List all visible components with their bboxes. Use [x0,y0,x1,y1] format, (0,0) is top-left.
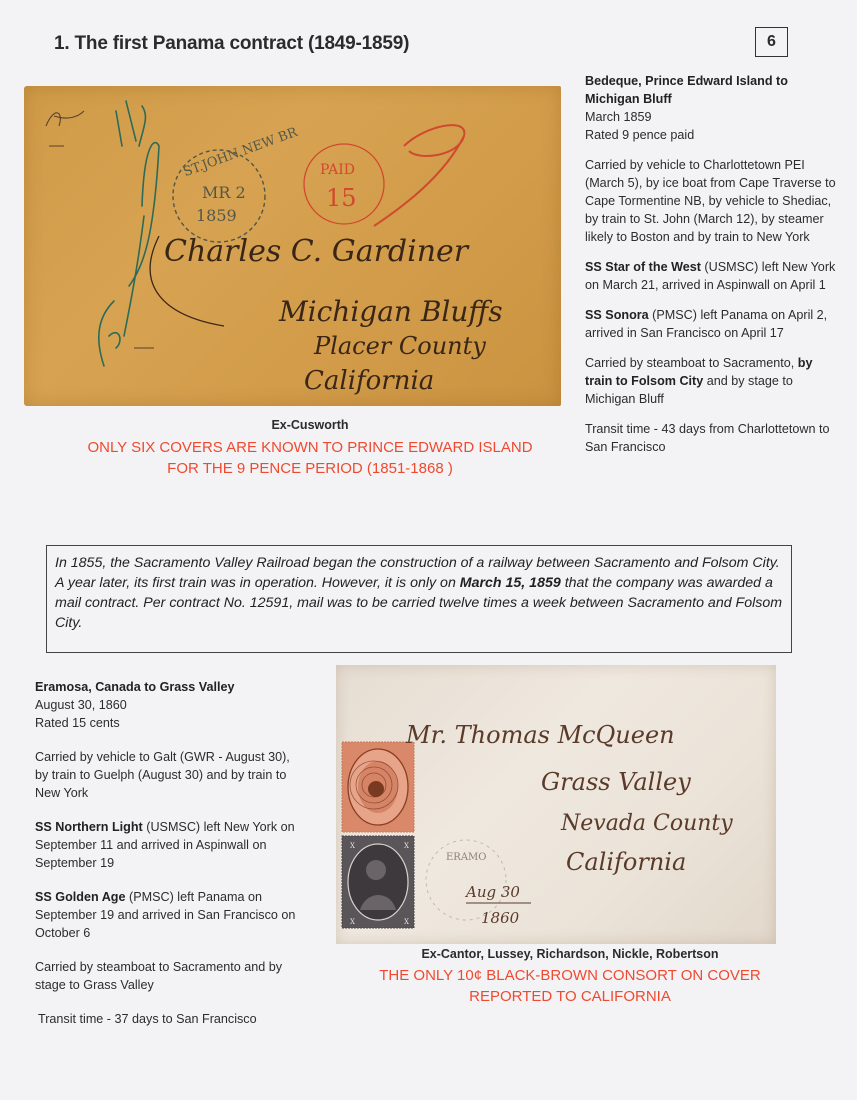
cover1-route: Carried by vehicle to Charlottetown PEI … [585,156,840,246]
cover2-highlight-line2: REPORTED TO CALIFORNIA [340,986,800,1007]
cover1-ship2-name: SS Sonora [585,308,649,322]
cover2-date: August 30, 1860 [35,698,127,712]
page-number-badge: 6 [755,27,788,57]
cover1-highlight-line2: FOR THE 9 PENCE PERIOD (1851-1868 ) [60,458,560,479]
cover2-rate: Rated 15 cents [35,716,120,730]
cover-image-eramosa: X X X X ERAMO Mr. Thomas McQueen Grass V… [336,665,776,944]
stamp-consort: X X X X [342,836,414,928]
cover2-highlight: THE ONLY 10¢ BLACK-BROWN CONSORT ON COVE… [340,965,800,1007]
svg-text:1859: 1859 [196,206,237,225]
svg-text:ST.JOHN NEW BR: ST.JOHN NEW BR [181,124,300,180]
envelope-illustration-2: X X X X ERAMO Mr. Thomas McQueen Grass V… [336,665,776,944]
cover1-heading: Bedeque, Prince Edward Island to Michiga… [585,74,788,106]
svg-text:X: X [404,918,409,926]
stamp-beaver [342,742,414,832]
cover1-ship1-name: SS Star of the West [585,260,701,274]
cover2-ship1: SS Northern Light (USMSC) left New York … [35,818,305,872]
cover2-ship1-name: SS Northern Light [35,820,143,834]
svg-text:Aug 30: Aug 30 [464,883,520,901]
envelope-illustration: ST.JOHN NEW BR MR 2 1859 PAID 15 Charles… [24,86,561,406]
note-date-bold: March 15, 1859 [460,575,561,591]
page-title: 1. The first Panama contract (1849-1859) [54,33,409,55]
cover2-route: Carried by vehicle to Galt (GWR - August… [35,748,305,802]
cover1-final-pre: Carried by steamboat to Sacramento, [585,356,798,370]
cover2-ship2-name: SS Golden Age [35,890,126,904]
svg-text:1860: 1860 [481,909,520,927]
svg-text:Nevada County: Nevada County [560,811,733,836]
cover1-final-leg: Carried by steamboat to Sacramento, by t… [585,354,840,408]
cover2-transit: Transit time - 37 days to San Francisco [35,1010,305,1028]
svg-text:Michigan Bluffs: Michigan Bluffs [278,295,503,328]
cover1-rate: Rated 9 pence paid [585,128,694,142]
cover2-provenance: Ex-Cantor, Lussey, Richardson, Nickle, R… [340,947,800,961]
cover1-highlight: ONLY SIX COVERS ARE KNOWN TO PRINCE EDWA… [60,437,560,479]
svg-text:ERAMO: ERAMO [446,852,487,863]
cover2-highlight-line1: THE ONLY 10¢ BLACK-BROWN CONSORT ON COVE… [340,965,800,986]
cover2-description: Eramosa, Canada to Grass Valley August 3… [35,678,305,1040]
cover2-ship2: SS Golden Age (PMSC) left Panama on Sept… [35,888,305,942]
cover1-highlight-line1: ONLY SIX COVERS ARE KNOWN TO PRINCE EDWA… [60,437,560,458]
svg-text:15: 15 [326,184,357,212]
cover1-transit: Transit time - 43 days from Charlottetow… [585,420,840,456]
cover1-ship1: SS Star of the West (USMSC) left New Yor… [585,258,840,294]
svg-text:MR 2: MR 2 [202,183,246,202]
svg-text:Charles C. Gardiner: Charles C. Gardiner [164,234,470,269]
cover2-heading: Eramosa, Canada to Grass Valley [35,680,235,694]
cover-image-bedeque: ST.JOHN NEW BR MR 2 1859 PAID 15 Charles… [24,86,561,406]
svg-text:California: California [304,366,434,396]
cover1-ship2: SS Sonora (PMSC) left Panama on April 2,… [585,306,840,342]
svg-text:California: California [566,848,686,876]
cover1-date: March 1859 [585,110,652,124]
cover1-provenance: Ex-Cusworth [60,418,560,432]
railroad-note-box: In 1855, the Sacramento Valley Railroad … [46,545,792,653]
svg-text:Mr. Thomas McQueen: Mr. Thomas McQueen [405,721,675,749]
svg-text:X: X [404,842,409,850]
cover2-final-leg: Carried by steamboat to Sacramento and b… [35,958,305,994]
svg-text:Placer County: Placer County [313,332,486,360]
cover1-description: Bedeque, Prince Edward Island to Michiga… [585,72,840,468]
svg-text:Grass Valley: Grass Valley [541,768,691,796]
svg-text:PAID: PAID [320,162,355,178]
svg-text:X: X [350,842,355,850]
svg-text:X: X [350,918,355,926]
